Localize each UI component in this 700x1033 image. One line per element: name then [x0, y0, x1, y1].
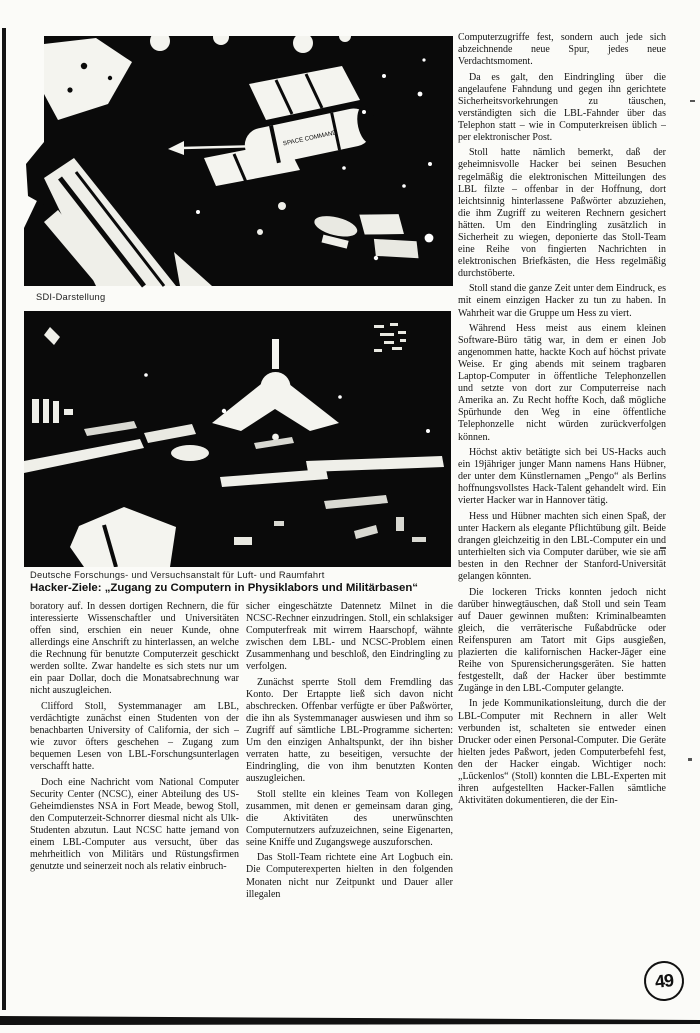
control-room-photo-graphic: [24, 311, 451, 567]
paragraph: In jede Kommunikationsleitung, durch die…: [458, 698, 666, 806]
paragraph: Stoll stand die ganze Zeit unter dem Ein…: [458, 283, 666, 319]
page-spine-line: [2, 28, 6, 1010]
paragraph: Hess und Hübner machten sich einen Spaß,…: [458, 511, 666, 583]
paragraph: boratory auf. In dessen dortigen Rechner…: [30, 601, 239, 697]
paragraph: Da es galt, den Eindringling über die an…: [458, 72, 666, 144]
paragraph: Während Hess meist aus einem kleinen Sof…: [458, 323, 666, 443]
paragraph: Doch eine Nachricht vom National Compute…: [30, 777, 239, 873]
paragraph: Zunächst sperrte Stoll dem Fremdling das…: [246, 677, 453, 785]
headline-quote: „Zugang zu Computern in Physiklabors und…: [102, 582, 418, 594]
photo-control-room-caption: Deutsche Forschungs- und Versuchsanstalt…: [30, 570, 325, 580]
photo-sdi-caption: SDI-Darstellung: [36, 292, 105, 302]
body-column-middle: sicher eingeschätzte Datennetz Milnet in…: [246, 601, 453, 953]
bottom-rule: [0, 1014, 700, 1030]
paragraph: Stoll hatte nämlich bemerkt, daß der geh…: [458, 147, 666, 280]
scan-artifact: [688, 758, 692, 761]
body-column-right: Computerzugriffe fest, sondern auch jede…: [458, 32, 666, 960]
body-column-left: boratory auf. In dessen dortigen Rechner…: [30, 601, 239, 953]
paragraph: Das Stoll-Team richtete eine Art Logbuch…: [246, 852, 453, 900]
paragraph: Höchst aktiv betätigte sich bei US-Hacks…: [458, 447, 666, 507]
magazine-page: SPACE COMMAND: [0, 0, 700, 1033]
paragraph: Stoll stellte ein kleines Team von Kolle…: [246, 789, 453, 849]
scan-artifact: [690, 100, 695, 102]
page-number: 49: [642, 959, 686, 1003]
article-headline: Hacker-Ziele: „Zugang zu Computern in Ph…: [30, 582, 455, 594]
photo-control-room: [24, 311, 451, 567]
photo-sdi: SPACE COMMAND: [24, 36, 453, 288]
paragraph: Clifford Stoll, Systemmanager am LBL, ve…: [30, 701, 239, 773]
scan-artifact: [660, 547, 666, 549]
headline-label: Hacker-Ziele:: [30, 582, 102, 594]
paragraph: sicher eingeschätzte Datennetz Milnet in…: [246, 601, 453, 673]
sdi-photo-graphic: SPACE COMMAND: [24, 36, 453, 288]
paragraph: Computerzugriffe fest, sondern auch jede…: [458, 32, 666, 68]
paragraph: Die lockeren Tricks konnten jedoch nicht…: [458, 587, 666, 695]
